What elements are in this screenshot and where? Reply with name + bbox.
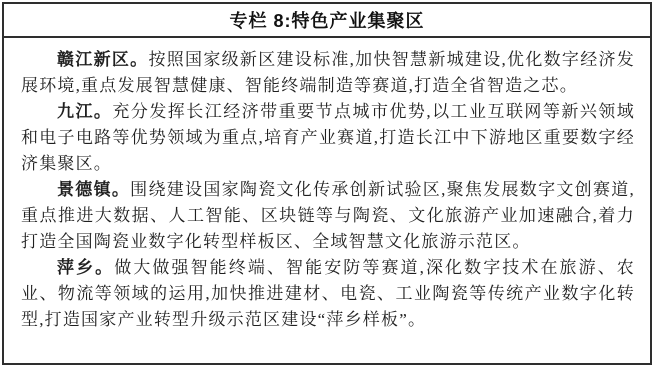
paragraph-text-pingxiang: 做大做强智能终端、智能安防等赛道,深化数字技术在旅游、农业、物流等领域的运用,加… — [21, 258, 635, 329]
panel-header: 专栏 8:特色产业集聚区 — [4, 4, 650, 38]
paragraph-jingdezhen: 景德镇。围绕建设国家陶瓷文化传承创新试验区,聚焦发展数字文创赛道,重点推进大数据… — [21, 177, 635, 255]
panel-body: 赣江新区。按照国家级新区建设标准,加快智慧新城建设,优化数字经济发展环境,重点发… — [4, 38, 650, 333]
paragraph-lead-jingdezhen: 景德镇。 — [57, 180, 130, 199]
column-8-panel: 专栏 8:特色产业集聚区 赣江新区。按照国家级新区建设标准,加快智慧新城建设,优… — [2, 2, 652, 365]
panel-title: 专栏 8:特色产业集聚区 — [229, 7, 424, 33]
paragraph-pingxiang: 萍乡。做大做强智能终端、智能安防等赛道,深化数字技术在旅游、农业、物流等领域的运… — [21, 255, 635, 333]
paragraph-ganjiang-new-area: 赣江新区。按照国家级新区建设标准,加快智慧新城建设,优化数字经济发展环境,重点发… — [21, 47, 635, 99]
paragraph-text-jiujiang: 充分发挥长江经济带重要节点城市优势,以工业互联网等新兴领域和电子电路等优势领域为… — [21, 102, 635, 173]
paragraph-lead-jiujiang: 九江。 — [57, 102, 112, 121]
paragraph-jiujiang: 九江。充分发挥长江经济带重要节点城市优势,以工业互联网等新兴领域和电子电路等优势… — [21, 99, 635, 177]
paragraph-lead-ganjiang-new-area: 赣江新区。 — [57, 50, 148, 69]
paragraph-lead-pingxiang: 萍乡。 — [57, 258, 114, 277]
